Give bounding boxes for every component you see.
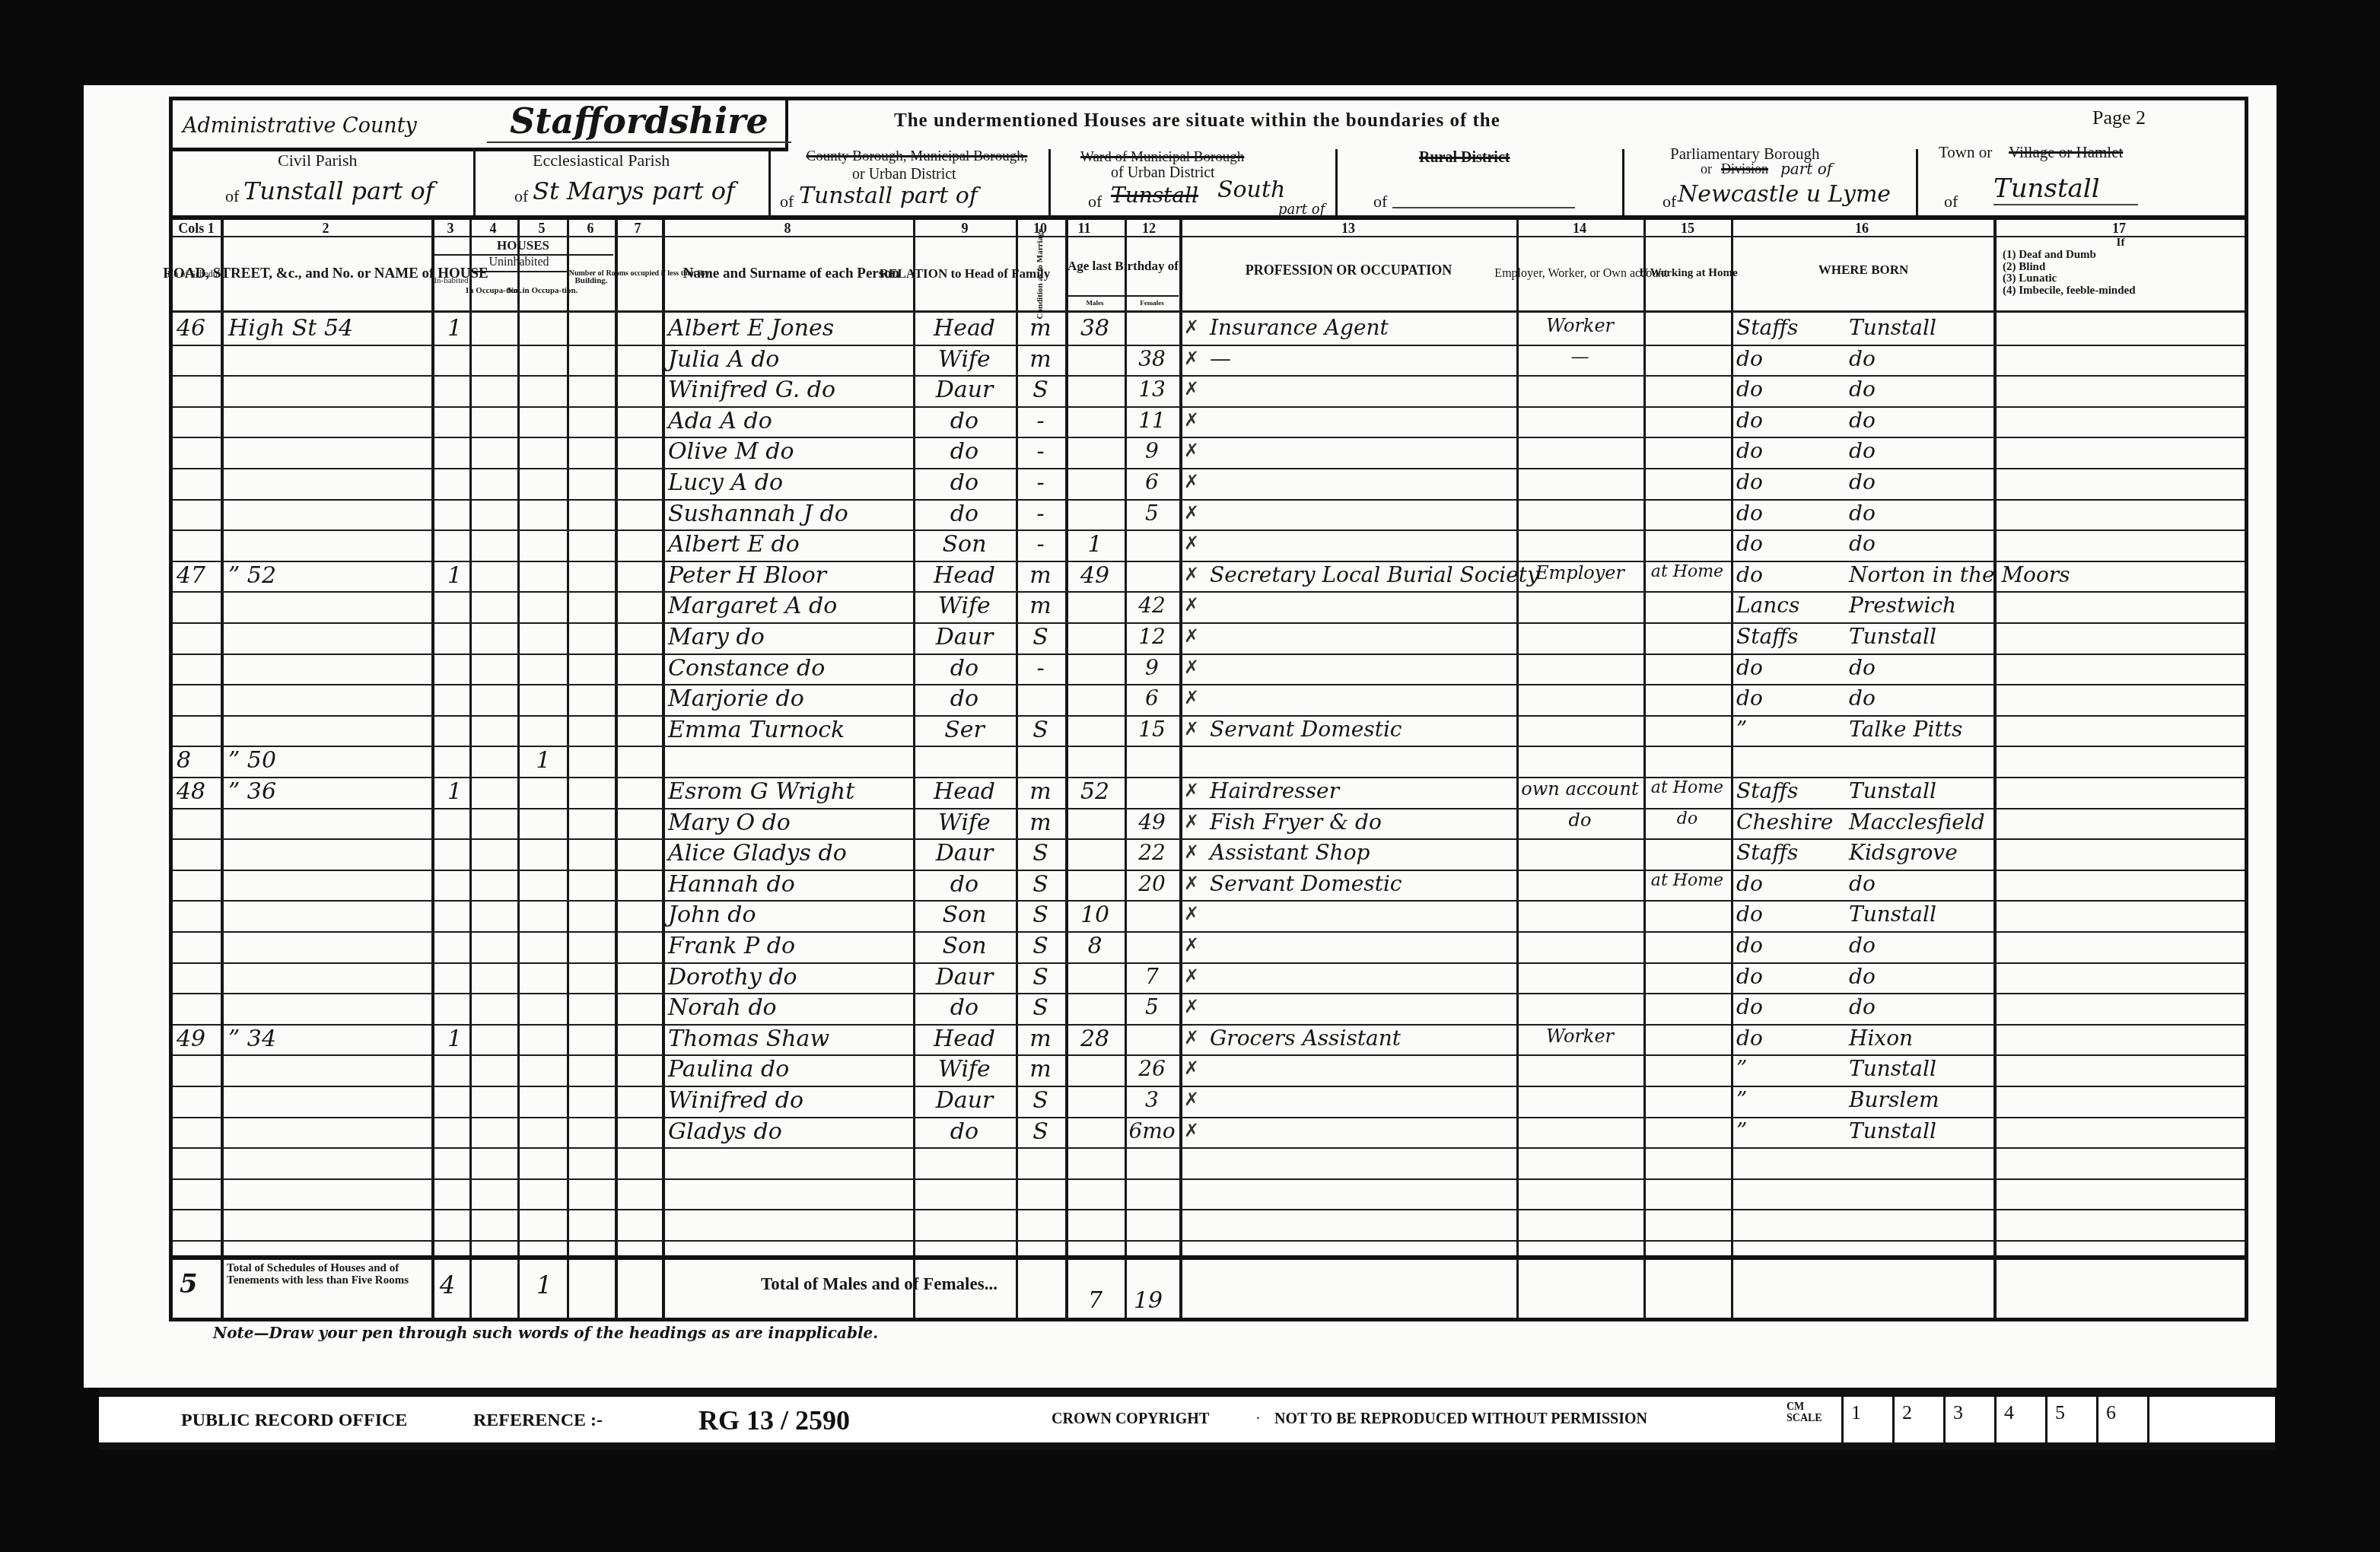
table-row: Sushannah J dodo-5dodo✗ [0, 499, 2380, 530]
header-age: Age last Birthday of [1069, 243, 1177, 289]
table-row: Constance dodo-9dodo✗ [0, 654, 2380, 685]
birth-county: do [1736, 964, 1763, 989]
birth-county: Staffs [1736, 315, 1798, 340]
birth-county: ” [1736, 1056, 1747, 1081]
header-name-surname: Name and Surname of each Person [685, 251, 898, 297]
rural-district-prefix: of [1373, 192, 1387, 211]
birth-county: do [1736, 346, 1763, 371]
infirmity-option: (4) Imbecile, feeble-minded [2003, 285, 2238, 297]
marital-condition: - [1016, 655, 1065, 682]
birth-county: do [1736, 994, 1763, 1019]
female-age: 6 [1125, 685, 1179, 711]
relation: do [913, 685, 1016, 712]
birthplace: do [1849, 438, 1876, 463]
birthplace: Tunstall [1849, 778, 1936, 803]
birthplace: do [1849, 655, 1876, 680]
check-mark: ✗ [1184, 471, 1199, 492]
birth-county: Staffs [1736, 778, 1798, 803]
employment-status: — [1516, 346, 1643, 367]
birth-county: do [1736, 933, 1763, 958]
birth-county: ” [1736, 717, 1747, 742]
check-mark: ✗ [1184, 378, 1199, 399]
birthplace: Tunstall [1849, 624, 1936, 649]
birth-county: do [1736, 408, 1763, 433]
occupation: Fish Fryer & do [1210, 809, 1382, 835]
marital-condition: m [1016, 315, 1065, 342]
relation: do [913, 501, 1016, 527]
permission-notice: NOT TO BE REPRODUCED WITHOUT PERMISSION [1274, 1410, 1647, 1428]
relation: do [913, 655, 1016, 682]
infirmity-option: (1) Deaf and Dumb [2003, 250, 2238, 262]
borough-value: Tunstall part of [799, 183, 978, 209]
table-row: Hannah dodoS20Servant Domesticat Homedod… [0, 870, 2380, 901]
relation: do [913, 994, 1016, 1021]
header-employer: Employer, Worker, or Own account [1520, 243, 1642, 304]
check-mark: ✗ [1184, 965, 1199, 987]
person-name: Albert E do [668, 531, 800, 558]
female-age: 5 [1125, 501, 1179, 526]
check-mark: ✗ [1184, 409, 1199, 431]
schedule-number: 47 [177, 562, 205, 589]
column-number: 9 [934, 221, 995, 237]
marital-condition: m [1016, 1056, 1065, 1083]
header-inhabited: In-habited [434, 266, 469, 297]
table-row: Albert E doSon-1dodo✗ [0, 530, 2380, 561]
working-at-home: at Home [1643, 871, 1731, 890]
birthplace: Tunstall [1849, 1056, 1936, 1081]
birthplace: do [1849, 994, 1876, 1019]
column-number: 13 [1318, 221, 1379, 237]
divider [1335, 149, 1338, 218]
divider [473, 149, 476, 218]
birthplace: do [1849, 871, 1876, 896]
person-name: Margaret A do [668, 593, 837, 619]
marital-condition: m [1016, 1026, 1065, 1052]
person-name: Ada A do [668, 408, 772, 434]
parliamentary-division-struck: Division [1721, 161, 1768, 177]
civil-parish-prefix: of [225, 186, 239, 206]
person-name: Paulina do [668, 1056, 789, 1083]
person-name: Mary O do [668, 809, 791, 836]
civil-parish-label: Civil Parish [278, 151, 358, 170]
relation: do [913, 469, 1016, 496]
birthplace: do [1849, 531, 1876, 556]
column-number: 14 [1549, 221, 1610, 237]
marital-condition: - [1016, 408, 1065, 434]
total-males-value: 7 [1088, 1287, 1102, 1314]
female-age: 15 [1125, 717, 1179, 742]
header-infirmity-list: (1) Deaf and Dumb(2) Blind(3) Lunatic(4)… [2003, 250, 2238, 297]
header-rooms: Number of Rooms occupied if less than fi… [617, 243, 661, 304]
relation: Daur [913, 624, 1016, 650]
birthplace: Talke Pitts [1849, 717, 1962, 742]
female-age: 26 [1125, 1056, 1179, 1081]
relation: do [913, 438, 1016, 465]
table-row: John doSonS10doTunstall✗ [0, 900, 2380, 931]
relation: do [913, 1118, 1016, 1145]
male-age: 49 [1065, 562, 1125, 589]
parliamentary-or: or [1701, 161, 1712, 177]
female-age: 20 [1125, 871, 1179, 896]
total-schedules-value: 5 [180, 1269, 198, 1299]
check-mark: ✗ [1184, 841, 1199, 863]
ward-label-struck: Ward of Municipal Borough [1080, 149, 1244, 166]
occupation: — [1210, 346, 1231, 371]
female-age: 49 [1125, 809, 1179, 835]
birthplace: Norton in the Moors [1849, 562, 2070, 587]
birth-county: do [1736, 902, 1763, 927]
table-row: Paulina doWifem26”Tunstall✗ [0, 1054, 2380, 1086]
cm-scale-mark: 6 [2096, 1397, 2147, 1444]
header-working-at-home: If Working at Home [1647, 243, 1729, 304]
female-age: 13 [1125, 377, 1179, 402]
marital-condition: S [1016, 717, 1065, 743]
total-females-value: 19 [1134, 1287, 1163, 1314]
marital-condition: - [1016, 438, 1065, 465]
cm-scale-mark: 4 [1994, 1397, 2045, 1444]
column-number: 17 [2089, 221, 2149, 237]
person-name: Julia A do [668, 346, 779, 373]
birthplace: do [1849, 501, 1876, 526]
table-row: Winifred G. doDaurS13dodo✗ [0, 375, 2380, 406]
birthplace: do [1849, 685, 1876, 711]
birthplace: do [1849, 933, 1876, 958]
row-rule [173, 1178, 2245, 1180]
page-label: Page 2 [2092, 107, 2146, 129]
person-name: Constance do [668, 655, 825, 682]
male-age: 28 [1065, 1026, 1125, 1052]
male-age: 8 [1065, 933, 1125, 959]
header-occupation: PROFESSION OR OCCUPATION [1183, 255, 1514, 285]
relation: do [913, 408, 1016, 434]
cm-scale-label: CM SCALE [1787, 1401, 1817, 1425]
male-age: 1 [1065, 531, 1125, 558]
table-row: Mary O doWifem49Fish Fryer & dododoChesh… [0, 808, 2380, 839]
relation: Wife [913, 346, 1016, 373]
inhabited-count: 1 [440, 315, 469, 342]
header-where-born: WHERE BORN [1735, 255, 1992, 285]
borough-label-struck: County Borough, Municipal Borough, [791, 149, 1042, 165]
parliamentary-value: Newcastle u Lyme [1678, 181, 1891, 208]
schedule-number: 46 [177, 315, 205, 342]
working-at-home: at Home [1643, 778, 1731, 797]
relation: Wife [913, 593, 1016, 619]
boundaries-heading: The undermentioned Houses are situate wi… [894, 110, 1500, 132]
street-address: ” 50 [228, 747, 276, 774]
schedule-number: 48 [177, 778, 205, 805]
schedule-number: 49 [177, 1026, 205, 1052]
admin-county-value: Staffordshire [487, 100, 791, 143]
occupation: Secretary Local Burial Society [1210, 562, 1539, 587]
table-row: 47” 521Peter H BloorHeadm49Secretary Loc… [0, 561, 2380, 592]
table-row: Mary doDaurS12StaffsTunstall✗ [0, 622, 2380, 654]
ward-prefix: of [1088, 192, 1102, 211]
reference-strip: PUBLIC RECORD OFFICE REFERENCE :- RG 13 … [99, 1389, 2275, 1450]
inapplicable-note: Note—Draw your pen through such words of… [213, 1324, 878, 1342]
birth-county: ” [1736, 1087, 1747, 1112]
table-row: Alice Gladys doDaurS22Assistant ShopStaf… [0, 838, 2380, 870]
marital-condition: - [1016, 501, 1065, 527]
birthplace: Burslem [1849, 1087, 1939, 1112]
inhabited-count: 1 [440, 1026, 469, 1052]
reference-number: RG 13 / 2590 [698, 1404, 850, 1436]
cm-scale-mark: 1 [1841, 1397, 1892, 1444]
relation: Head [913, 778, 1016, 805]
column-number: 15 [1657, 221, 1718, 237]
person-name: Olive M do [668, 438, 794, 465]
reference-label: REFERENCE :- [473, 1410, 603, 1431]
check-mark: ✗ [1184, 687, 1199, 708]
female-age: 12 [1125, 624, 1179, 649]
column-number: Cols 1 [166, 221, 227, 237]
table-row: 48” 361Esrom G WrightHeadm52Hairdressero… [0, 777, 2380, 808]
ward-value: South [1217, 177, 1285, 203]
birth-county: ” [1736, 1118, 1747, 1143]
birth-county: do [1736, 655, 1763, 680]
copyright-separator: · [1255, 1410, 1261, 1428]
street-address: ” 36 [228, 778, 276, 805]
person-name: John do [668, 902, 756, 928]
employment-status: Employer [1516, 562, 1643, 584]
check-mark: ✗ [1184, 594, 1199, 615]
ecclesiastical-parish-value: St Marys part of [533, 177, 735, 205]
parliamentary-prefix: of [1662, 192, 1676, 211]
birth-county: do [1736, 531, 1763, 556]
birth-county: Cheshire [1736, 809, 1833, 835]
table-row: Julia A doWifem38——dodo✗ [0, 345, 2380, 376]
person-name: Winifred G. do [668, 377, 835, 403]
relation: Son [913, 531, 1016, 558]
person-name: Hannah do [668, 871, 795, 898]
divider [1916, 149, 1918, 218]
relation: Wife [913, 1056, 1016, 1083]
infirmity-option: (3) Lunatic [2003, 273, 2238, 285]
check-mark: ✗ [1184, 625, 1199, 647]
street-address: ” 52 [228, 562, 276, 589]
birth-county: do [1736, 501, 1763, 526]
occupation: Hairdresser [1210, 778, 1339, 803]
header-bottom-rule [173, 310, 2245, 313]
table-row: Norah dodoS5dodo✗ [0, 993, 2380, 1024]
relation: Wife [913, 809, 1016, 836]
check-mark: ✗ [1184, 1120, 1199, 1141]
person-name: Thomas Shaw [668, 1026, 829, 1052]
check-mark: ✗ [1184, 996, 1199, 1017]
column-number: 2 [295, 221, 356, 237]
birthplace: Macclesfield [1849, 809, 1985, 835]
birthplace: do [1849, 964, 1876, 989]
working-at-home: at Home [1643, 562, 1731, 581]
admin-county-label: Administrative County [183, 114, 417, 138]
birthplace: Tunstall [1849, 315, 1936, 340]
cm-scale-mark: 5 [2045, 1397, 2096, 1444]
town-prefix: of [1944, 192, 1958, 211]
public-record-office: PUBLIC RECORD OFFICE [181, 1410, 407, 1431]
cm-scale-end [2147, 1397, 2200, 1444]
ecclesiastical-parish-prefix: of [514, 186, 528, 206]
marital-condition: S [1016, 994, 1065, 1021]
relation: Ser [913, 717, 1016, 743]
birthplace: Tunstall [1849, 902, 1936, 927]
table-row: Marjorie dodo6dodo✗ [0, 684, 2380, 715]
birthplace: do [1849, 469, 1876, 495]
relation: Son [913, 933, 1016, 959]
header-road-street: ROAD, STREET, &c., and No. or NAME of HO… [222, 251, 429, 297]
header-not-in-occupation: Not in Occupa-tion. [520, 274, 565, 309]
birthplace: do [1849, 377, 1876, 402]
column-number: 8 [757, 221, 818, 237]
birth-county: do [1736, 438, 1763, 463]
column-number: 12 [1118, 221, 1179, 237]
birth-county: Staffs [1736, 624, 1798, 649]
female-age: 11 [1125, 408, 1179, 433]
header-females: Females [1126, 297, 1178, 310]
check-mark: ✗ [1184, 533, 1199, 554]
person-name: Esrom G Wright [668, 778, 854, 805]
borough-label: or Urban District [852, 166, 956, 183]
check-mark: ✗ [1184, 440, 1199, 461]
birth-county: Staffs [1736, 840, 1798, 865]
birthplace: Kidsgrove [1849, 840, 1958, 865]
cm-scale-mark: 2 [1892, 1397, 1943, 1444]
rural-district-label: Rural District [1419, 149, 1510, 167]
check-mark: ✗ [1184, 1089, 1199, 1110]
birthplace: do [1849, 408, 1876, 433]
header-males: Males [1067, 297, 1122, 310]
street-address: High St 54 [228, 315, 353, 342]
table-row: Frank P doSonS8dodo✗ [0, 931, 2380, 962]
marital-condition: m [1016, 346, 1065, 373]
birth-county: do [1736, 871, 1763, 896]
person-name: Norah do [668, 994, 777, 1021]
table-row: 46High St 541Albert E JonesHeadm38Insura… [0, 313, 2380, 345]
employment-status: own account [1516, 778, 1643, 800]
person-name: Sushannah J do [668, 501, 848, 527]
person-name: Dorothy do [668, 964, 797, 991]
ecclesiastical-parish-label: Ecclesiastical Parish [533, 151, 670, 170]
relation: Daur [913, 964, 1016, 991]
employment-status: do [1516, 809, 1643, 831]
row-rule [173, 1240, 2245, 1242]
female-age: 9 [1125, 438, 1179, 463]
birth-county: do [1736, 1026, 1763, 1051]
ward-label: of Urban District [1111, 164, 1215, 182]
table-row: Gladys dodoS6mo”Tunstall✗ [0, 1117, 2380, 1148]
male-age: 38 [1065, 315, 1125, 342]
male-age: 10 [1065, 902, 1125, 928]
birthplace: Tunstall [1849, 1118, 1936, 1143]
female-age: 22 [1125, 840, 1179, 865]
divider [1048, 149, 1051, 218]
relation: Daur [913, 377, 1016, 403]
female-age: 6 [1125, 469, 1179, 495]
row-rule [173, 1209, 2245, 1210]
marital-condition: - [1016, 531, 1065, 558]
birth-county: do [1736, 377, 1763, 402]
relation: Son [913, 902, 1016, 928]
person-name: Emma Turnock [668, 717, 845, 743]
birth-county: Lancs [1736, 593, 1799, 618]
check-mark: ✗ [1184, 348, 1199, 369]
marital-condition: S [1016, 902, 1065, 928]
occupation: Servant Domestic [1210, 871, 1402, 896]
not-in-occupation: 1 [520, 747, 567, 774]
person-name: Alice Gladys do [668, 840, 847, 867]
divider [768, 149, 771, 218]
relation: Daur [913, 1087, 1016, 1114]
female-age: 7 [1125, 964, 1179, 989]
check-mark: ✗ [1184, 564, 1199, 585]
borough-prefix: of [780, 192, 794, 211]
inhabited-count: 1 [440, 778, 469, 805]
employment-status: Worker [1516, 1026, 1643, 1047]
town-value: Tunstall [1993, 173, 2138, 205]
female-age: 6mo [1125, 1118, 1179, 1143]
marital-condition: S [1016, 964, 1065, 991]
birthplace: Prestwich [1849, 593, 1956, 618]
header-relation: RELATION to Head of Family [915, 243, 1014, 304]
total-not-in-occupation-value: 1 [536, 1271, 552, 1299]
cm-scale-mark: 3 [1943, 1397, 1994, 1444]
header-houses: HOUSES [434, 237, 612, 254]
marital-condition: - [1016, 469, 1065, 496]
relation: Head [913, 315, 1016, 342]
table-row: Ada A dodo-11dodo✗ [0, 406, 2380, 437]
table-row: Dorothy doDaurS7dodo✗ [0, 962, 2380, 994]
person-name: Lucy A do [668, 469, 783, 496]
person-name: Mary do [668, 624, 765, 650]
marital-condition: S [1016, 871, 1065, 898]
person-name: Peter H Bloor [668, 562, 826, 589]
birthplace: do [1849, 346, 1876, 371]
check-mark: ✗ [1184, 316, 1199, 338]
employment-status: Worker [1516, 315, 1643, 336]
total-males-females-label: Total of Males and of Females... [761, 1274, 998, 1294]
header-infirmity-if: If [2003, 237, 2238, 250]
check-mark: ✗ [1184, 1027, 1199, 1048]
town-label-struck: Village or Hamlet [2009, 143, 2123, 162]
person-name: Frank P do [668, 933, 795, 959]
marital-condition: m [1016, 809, 1065, 836]
person-name: Winifred do [668, 1087, 803, 1114]
town-label: Town or [1939, 143, 1992, 162]
working-at-home: do [1643, 809, 1731, 828]
header-infirmity: If (1) Deaf and Dumb(2) Blind(3) Lunatic… [2003, 237, 2238, 297]
rural-district-value-line [1392, 207, 1575, 208]
table-row: Winifred doDaurS3”Burslem✗ [0, 1086, 2380, 1117]
civil-parish-value: Tunstall part of [243, 177, 434, 205]
column-number: 11 [1054, 221, 1115, 237]
female-age: 38 [1125, 346, 1179, 371]
marital-condition: S [1016, 1087, 1065, 1114]
birth-county: do [1736, 562, 1763, 587]
female-age: 42 [1125, 593, 1179, 618]
table-row: Margaret A doWifem42LancsPrestwich✗ [0, 591, 2380, 622]
person-name: Albert E Jones [668, 315, 834, 342]
table-row: Lucy A dodo-6dodo✗ [0, 468, 2380, 499]
total-inhabited-value: 4 [440, 1271, 455, 1299]
marital-condition: m [1016, 593, 1065, 619]
schedule-number: 8 [177, 747, 191, 774]
marital-condition: S [1016, 624, 1065, 650]
header-rule [173, 215, 2245, 220]
marital-condition: m [1016, 562, 1065, 589]
occupation: Servant Domestic [1210, 717, 1402, 742]
occupation: Insurance Agent [1210, 315, 1389, 340]
parliamentary-note: part of [1780, 160, 1832, 178]
crown-copyright: CROWN COPYRIGHT [1052, 1410, 1209, 1428]
check-mark: ✗ [1184, 934, 1199, 956]
